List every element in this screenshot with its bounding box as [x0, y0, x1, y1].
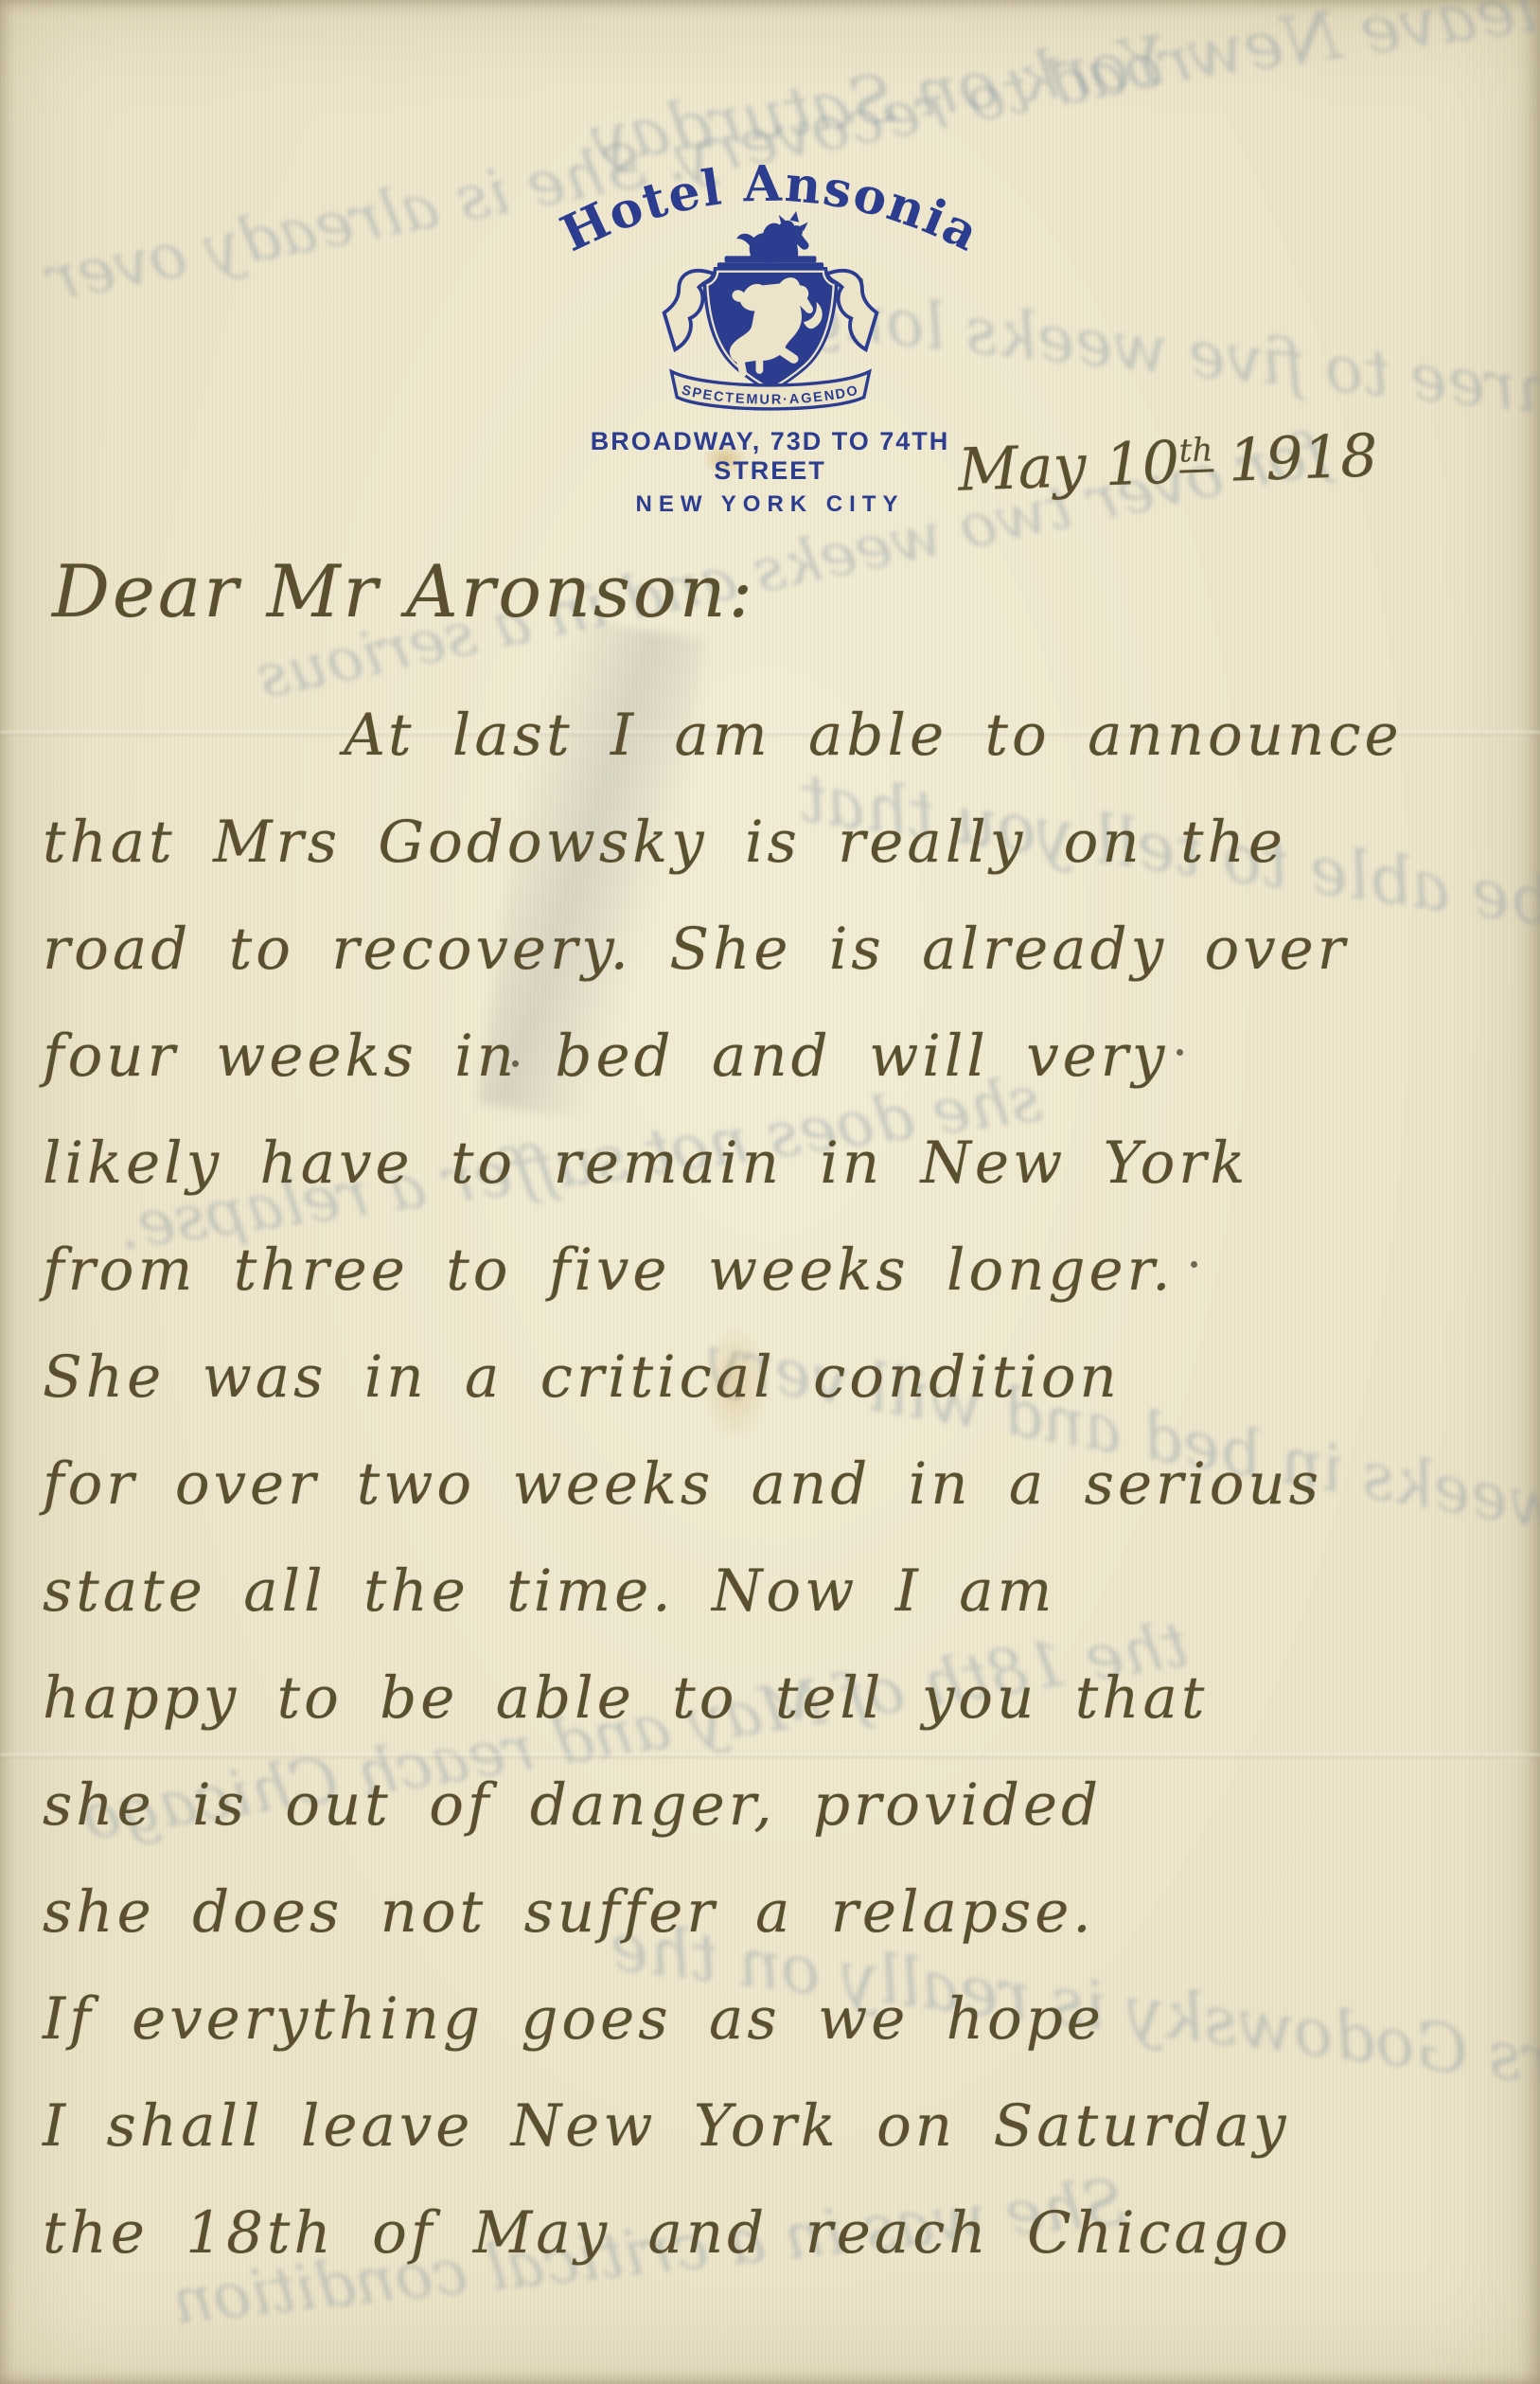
letterhead-address: BROADWAY, 73D TO 74TH STREET NEW YORK CI…: [553, 427, 988, 518]
letterhead: Hotel Ansonia: [553, 142, 988, 518]
letter-page: I shall leave New York on Saturdayroad t…: [0, 0, 1540, 2384]
handwritten-line: At last I am able to announce: [43, 705, 1526, 812]
date-day: May 10: [957, 428, 1180, 505]
handwritten-line: happy to be able to tell you that: [43, 1668, 1526, 1775]
date-ordinal: th: [1178, 432, 1213, 473]
handwritten-line: she is out of danger, provided: [43, 1775, 1526, 1882]
handwritten-line: If everything goes as we hope: [43, 1989, 1526, 2096]
letter-date: May 10th1918: [957, 420, 1379, 504]
letterhead-address-line1: BROADWAY, 73D TO 74TH STREET: [553, 427, 988, 486]
crest-lion-top-icon: [736, 211, 808, 262]
date-year: 1918: [1227, 420, 1378, 494]
handwritten-line: state all the time. Now I am: [43, 1561, 1526, 1668]
handwritten-line: likely have to remain in New York: [43, 1133, 1526, 1240]
handwritten-line: road to recovery. She is already over: [43, 919, 1526, 1026]
handwritten-line: that Mrs Godowsky is really on the: [43, 812, 1526, 919]
salutation: Dear Mr Aronson:: [52, 549, 755, 633]
letter-body: At last I am able to announcethat Mrs Go…: [43, 705, 1526, 2310]
letterhead-address-line2: NEW YORK CITY: [553, 491, 988, 518]
shield: [702, 267, 838, 394]
hotel-crest-icon: SPECTEMUR·AGENDO: [651, 210, 890, 414]
handwritten-line: She was in a critical condition: [43, 1347, 1526, 1454]
handwritten-line: she does not suffer a relapse.: [43, 1882, 1526, 1989]
handwritten-line: for over two weeks and in a serious: [43, 1454, 1526, 1561]
handwritten-line: from three to five weeks longer.: [43, 1240, 1526, 1347]
handwritten-line: I shall leave New York on Saturday: [43, 2096, 1526, 2203]
handwritten-line: four weeks in bed and will very: [43, 1026, 1526, 1133]
handwritten-line: the 18th of May and reach Chicago: [43, 2203, 1526, 2310]
